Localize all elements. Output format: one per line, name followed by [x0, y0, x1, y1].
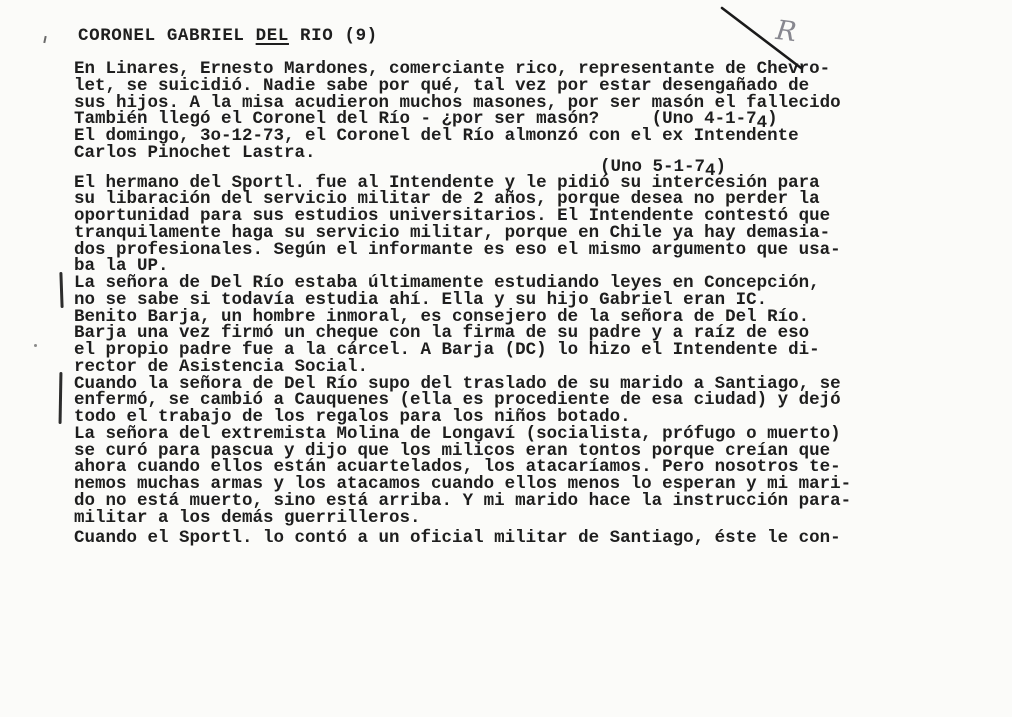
text-segment: 4	[705, 161, 716, 181]
text-segment: CORONEL GABRIEL	[78, 26, 256, 46]
margin-pen-mark-1	[59, 272, 63, 308]
scan-speck	[43, 36, 46, 43]
handwritten-letter-annotation: R	[774, 15, 798, 48]
document-line: Cuando el Sportl. lo contó a un oficial …	[74, 530, 851, 547]
document-line: Carlos Pinochet Lastra.	[74, 145, 851, 162]
scanned-document-page: CORONEL GABRIEL DEL RIO (9) En Linares, …	[0, 0, 1012, 717]
text-segment: Carlos Pinochet Lastra.	[74, 143, 316, 163]
text-segment: militar a los demás guerrilleros.	[74, 508, 421, 528]
text-segment: DEL	[256, 26, 289, 46]
document-line: dos profesionales. Según el informante e…	[74, 242, 851, 259]
text-segment: 4	[757, 113, 768, 133]
document-title: CORONEL GABRIEL DEL RIO (9)	[78, 26, 378, 46]
margin-pen-mark-2	[59, 372, 63, 424]
document-line: militar a los demás guerrilleros.	[74, 510, 851, 527]
text-segment: dos profesionales. Según el informante e…	[74, 240, 841, 260]
text-segment: RIO (9)	[289, 26, 378, 46]
scan-speck	[34, 344, 37, 347]
document-body: En Linares, Ernesto Mardones, comerciant…	[74, 61, 851, 547]
text-segment: Cuando el Sportl. lo contó a un oficial …	[74, 528, 841, 548]
